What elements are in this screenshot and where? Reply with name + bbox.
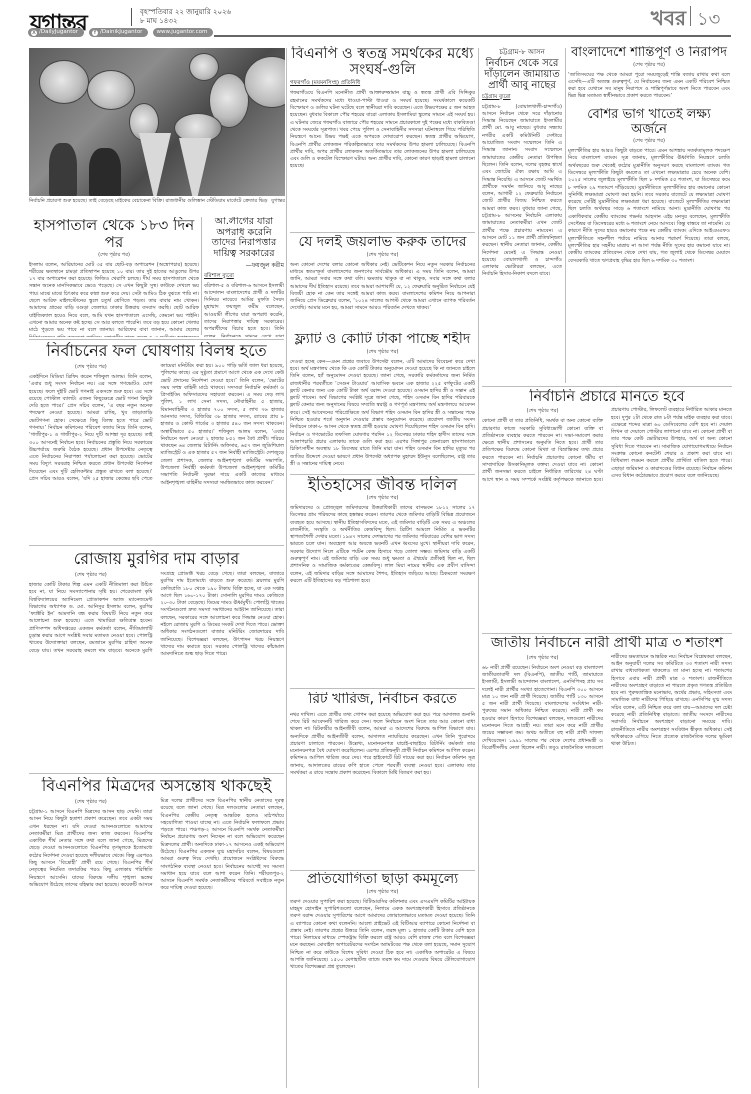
horn-cone-shape xyxy=(179,138,211,196)
photo-caption: নির্বাচনি প্রচারণা শুরু হয়েছে। তাই বেড়… xyxy=(29,198,285,205)
article-body: ৬৮ নারী প্রার্থী রয়েছেন। নির্বাচনে অংশ … xyxy=(482,654,732,753)
column-divider xyxy=(478,48,479,1088)
headline: ইতিহাসের জীবন্ত দলিল xyxy=(290,476,475,494)
article-columns: (শেষ পৃষ্ঠার পর) একইদিনে মিডিয়া ব্রিফিং… xyxy=(29,363,284,535)
social-label: /DailyJugantor xyxy=(39,29,78,36)
facebook-icon: f xyxy=(92,30,98,36)
continued-label: (শেষ পৃষ্ঠার পর) xyxy=(29,799,153,807)
article-body: হাজার কোটি টাকার শিল্প এমন একটি নীতিমালা… xyxy=(29,571,284,659)
person-silhouette xyxy=(49,143,77,196)
article-bnp-clash: বিএনপি ও স্বতন্ত্র সমর্থকের মধ্যে সংঘর্ষ… xyxy=(290,46,475,230)
headline: নির্বাচন থেকে সরে দাঁড়ালেন জামায়াত প্র… xyxy=(482,58,562,92)
article-competition: প্রতিযোগিতা ছাড়া কমমূল্যে (শেষ পৃষ্ঠার … xyxy=(290,872,475,1087)
article-body: জমিদারদের ও প্রোজ্জ্বল জমিদারদের উত্তরাধ… xyxy=(290,505,475,585)
article-ctg8-candidate: চট্টগ্রাম-৮ আসন নির্বাচন থেকে সরে দাঁড়া… xyxy=(482,46,562,346)
article-campaign-rules: নির্বাচনি প্রচারে মানতে হবে (শেষ পৃষ্ঠার… xyxy=(482,389,732,629)
continued-label: (শেষ পৃষ্ঠার পর) xyxy=(290,889,475,897)
headline: নির্বাচনি প্রচারে মানতে হবে xyxy=(482,389,732,405)
article-awami-league: আ.লীগের যারা অপরাধ করেনি তাদের নিরাপত্তা… xyxy=(204,217,284,337)
continued-label: (শেষ পৃষ্ঠার পর) xyxy=(29,572,153,580)
article-columns: (শেষ পৃষ্ঠার পর) ৬৮ নারী প্রার্থী রয়েছে… xyxy=(482,654,732,1082)
article-targets: বেশির ভাগ খাতেই লক্ষ্য অর্জনে (শেষ পৃষ্ঠ… xyxy=(568,108,730,383)
social-link-facebook[interactable]: f /DainikJugantor xyxy=(89,28,148,37)
headline: রোজায় মুরগির দাম বাড়ার xyxy=(29,550,284,568)
continued-label: (শেষ পৃষ্ঠার পর) xyxy=(290,252,475,260)
page-number-divider xyxy=(690,6,691,26)
article-election-results: নির্বাচনের ফল ঘোষণায় বিলম্ব হতে (শেষ পৃ… xyxy=(29,342,284,542)
article-body: কোনো প্রার্থী বা তার প্রতিনিধি, সমর্থক ব… xyxy=(482,407,732,484)
article-body: ‘জাতিসংঘের পক্ষ থেকে আমরা পুরো সময়জুড়ে… xyxy=(568,72,730,101)
x-icon: X xyxy=(31,30,37,36)
article-flat-martyr: ফ্ল্যাট ও কোটি টাকা পাচ্ছে শহীদ (শেষ পৃষ… xyxy=(290,332,475,472)
section-divider xyxy=(482,386,732,387)
article-body: মূল্যস্ফীতির হার আরও কিছুটা বাড়তে পারে।… xyxy=(568,148,730,265)
section-divider xyxy=(29,773,284,774)
byline: চট্টগ্রাম ব্যুরো xyxy=(482,94,562,102)
continued-label: (শেষ পৃষ্ঠার পর) xyxy=(482,655,603,663)
article-chicken-prices: রোজায় মুরগির দাম বাড়ার (শেষ পৃষ্ঠার পর… xyxy=(29,550,284,770)
article-body: দেওয়া হচ্ছে কেন—এমন প্রশ্নের জবাবে উপদে… xyxy=(290,359,475,468)
caption-text: নির্বাচনি প্রচারণা শুরু হয়েছে। তাই বেড়… xyxy=(29,198,267,204)
social-label: www.jugantor.com xyxy=(156,29,207,36)
loudspeaker-shape xyxy=(87,70,135,110)
article-body: চট্টগ্রাম-৮ (বোয়ালখালী-চান্দগাঁও) আসনে … xyxy=(482,104,562,279)
photo-credit: যুগান্তর xyxy=(271,198,285,205)
logo-divider xyxy=(131,8,132,26)
article-hospital: হাসপাতাল থেকে ১৮৩ দিন পর (শেষ পৃষ্ঠার পর… xyxy=(29,217,199,337)
person-silhouette xyxy=(89,148,121,196)
article-body: নথর দাখিল। এতে প্রার্থীর তথ্য গোপন করা হ… xyxy=(290,712,475,778)
headline: বিএনপির মিত্রদের অসন্তোষ থাকছেই xyxy=(29,777,284,795)
article-columns: (শেষ পৃষ্ঠার পর) চট্টগ্রাম-১ আসনে বিএনপি… xyxy=(29,798,284,1080)
loudspeaker-shape xyxy=(244,56,285,108)
headline: নির্বাচনের ফল ঘোষণায় বিলম্ব হতে xyxy=(29,342,284,360)
section-divider xyxy=(29,339,284,340)
section-divider xyxy=(290,870,475,871)
section-divider xyxy=(29,545,284,546)
continued-label: (শেষ পৃষ্ঠার পর) xyxy=(290,495,475,503)
headline: বেশির ভাগ খাতেই লক্ষ্য অর্জনে xyxy=(568,108,730,137)
continued-label: (শেষ পৃষ্ঠার পর) xyxy=(568,62,730,70)
article-writ-dismissed: রিট খারিজ, নির্বাচন করতে নথর দাখিল। এতে … xyxy=(290,692,475,867)
continued-label: (শেষ পৃষ্ঠার পর) xyxy=(29,252,199,260)
headline: বিএনপি ও স্বতন্ত্র সমর্থকের মধ্যে সংঘর্ষ… xyxy=(290,46,475,78)
article-peaceful-election: বাংলাদেশে শান্তিপূর্ণ ও নিরাপদ (শেষ পৃষ্… xyxy=(568,46,730,108)
social-link-website[interactable]: www.jugantor.com xyxy=(153,28,213,37)
article-columns: (শেষ পৃষ্ঠার পর) হাজার কোটি টাকার শিল্প … xyxy=(29,571,284,763)
article-whichever-party-wins: যে দলই জয়লাভ করুক তাদের (শেষ পৃষ্ঠার পর… xyxy=(290,235,475,330)
social-label: /DainikJugantor xyxy=(100,29,142,36)
article-body: অন্য কোনো দেশের বলার কোনো অধিকার নেই। ভে… xyxy=(290,262,475,313)
article-body: একইদিনে মিডিয়া ব্রিফিং করেন শফিকুল আলম।… xyxy=(29,363,284,487)
loudspeaker-shape xyxy=(189,53,219,81)
newspaper-logo: যুগান্তর xyxy=(30,6,87,43)
headline: প্রতিযোগিতা ছাড়া কমমূল্যে xyxy=(290,872,475,888)
date-block: বৃহস্পতিবার ২২ জানুয়ারি ২০২৬ ৮ মাঘ ১৪৩২ xyxy=(140,8,231,26)
kicker: চট্টগ্রাম-৮ আসন xyxy=(482,46,562,58)
headline: আ.লীগের যারা অপরাধ করেনি তাদের নিরাপত্তা… xyxy=(204,217,284,260)
headline: যে দলই জয়লাভ করুক তাদের xyxy=(290,235,475,251)
masthead: যুগান্তর বৃহস্পতিবার ২২ জানুয়ারি ২০২৬ ৮… xyxy=(0,0,751,44)
headline: ফ্ল্যাট ও কোটি টাকা পাচ্ছে শহীদ xyxy=(290,332,475,348)
section-title: খবর xyxy=(651,4,686,37)
date-gregorian: বৃহস্পতিবার ২২ জানুয়ারি ২০২৬ xyxy=(140,8,231,17)
article-body: গফরগাঁওয়ে বিএনপি মনোনীত প্রার্থী আক্তার… xyxy=(290,90,475,170)
social-links: X /DailyJugantor f /DainikJugantor www.j… xyxy=(28,28,213,37)
headline: জাতীয় নির্বাচনে নারী প্রার্থী মাত্র ৩ শ… xyxy=(482,636,732,652)
quote-attribution: —ফয়জুল করীম xyxy=(204,260,284,271)
news-photo-microphone-shop xyxy=(29,48,285,196)
section-divider xyxy=(290,474,475,475)
loudspeaker-shape xyxy=(39,60,89,104)
continued-label: (শেষ পৃষ্ঠার পর) xyxy=(290,349,475,357)
headline: হাসপাতাল থেকে ১৮৩ দিন পর xyxy=(29,217,199,251)
column-divider xyxy=(201,217,202,335)
article-body: চট্টগ্রাম-১ আসনে বিএনপি মিত্রদের আসন ছাড… xyxy=(29,798,284,893)
section-divider xyxy=(290,688,475,689)
continued-label: (শেষ পৃষ্ঠার পর) xyxy=(482,408,603,416)
section-divider xyxy=(290,232,475,233)
article-women-candidates: জাতীয় নির্বাচনে নারী প্রার্থী মাত্র ৩ শ… xyxy=(482,636,732,1088)
article-body: তরুণ দেওয়ার সুপারিশ করা হয়েছে। বিটিআরস… xyxy=(290,899,475,972)
column-divider xyxy=(565,48,566,383)
social-link-x[interactable]: X /DailyJugantor xyxy=(28,28,84,37)
headline: বাংলাদেশে শান্তিপূর্ণ ও নিরাপদ xyxy=(568,46,730,61)
article-body: বরিশাল-৫ ও বরিশাল-৬ আসনে ইসলামী আন্দোলন … xyxy=(204,283,284,338)
continued-label: (শেষ পৃষ্ঠার পর) xyxy=(568,138,730,146)
article-bnp-allies: বিএনপির মিত্রদের অসন্তোষ থাকছেই (শেষ পৃষ… xyxy=(29,777,284,1087)
date-bengali: ৮ মাঘ ১৪৩২ xyxy=(140,17,231,26)
article-body: ইসলাম বলেন, আরিয়ানের মোট ৩৫ বার ছোট-বড়… xyxy=(29,262,199,337)
page-number: ১৩ xyxy=(697,5,720,36)
article-history: ইতিহাসের জীবন্ত দলিল (শেষ পৃষ্ঠার পর) জম… xyxy=(290,476,475,686)
horn-cone-shape xyxy=(139,133,171,196)
byline: গফরগাঁও (ময়মনসিংহ) প্রতিনিধি xyxy=(290,80,475,88)
article-columns: (শেষ পৃষ্ঠার পর) কোনো প্রার্থী বা তার প্… xyxy=(482,407,732,622)
headline: রিট খারিজ, নির্বাচন করতে xyxy=(290,692,475,708)
section-divider xyxy=(482,633,732,634)
column-divider xyxy=(286,48,287,1088)
byline: বরিশাল ব্যুরো xyxy=(204,273,284,281)
continued-label: (শেষ পৃষ্ঠার পর) xyxy=(29,364,153,372)
